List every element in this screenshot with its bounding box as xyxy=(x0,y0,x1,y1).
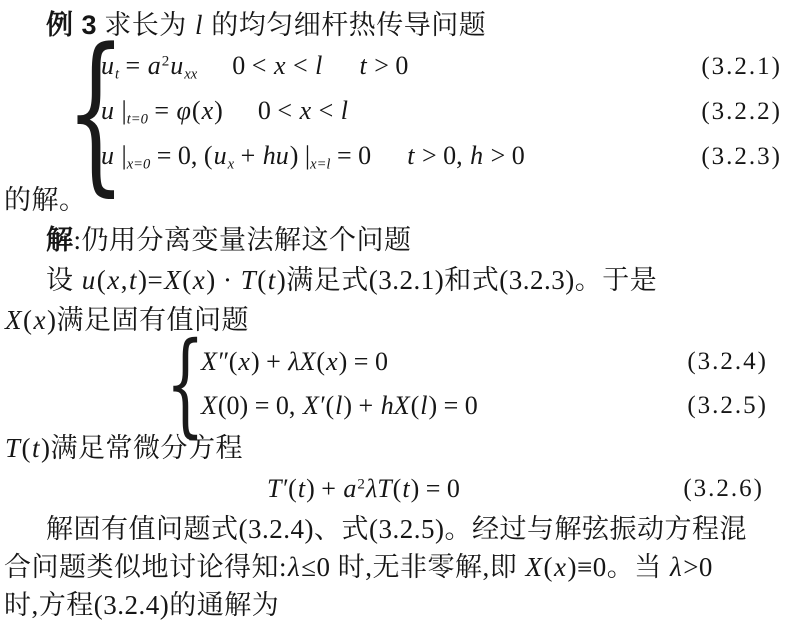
eigenvalue-system: { X″(x) + λX(x) = 0 (3.2.4) X(0) = 0, X′… xyxy=(158,340,794,428)
equation-row-326: T′(t) + a2λT(t) = 0 (3.2.6) xyxy=(0,468,794,510)
setup-line: 设 u(x,t)=X(x) · T(t)满足式(3.2.1)和式(3.2.3)。… xyxy=(0,260,794,300)
equation-row-322: u |t=0 = φ(x)0 < x < l (3.2.2) xyxy=(92,90,794,135)
eigenvalue-intro-line: X(x)满足固有值问题 xyxy=(0,300,794,340)
equation-322: u |t=0 = φ(x)0 < x < l xyxy=(92,96,349,128)
discussion-line-2: 合问题类似地讨论得知:λ≤0 时,无非零解,即 X(x)≡0。当 λ>0 xyxy=(0,548,794,586)
equation-row-325: X(0) = 0, X′(l) + hX(l) = 0 (3.2.5) xyxy=(192,384,794,428)
discussion-line-1: 解固有值问题式(3.2.4)、式(3.2.5)。经过与解弦振动方程混 xyxy=(0,510,794,548)
equation-324: X″(x) + λX(x) = 0 xyxy=(192,347,388,377)
equation-321: ut = a2uxx0 < x < lt > 0 xyxy=(92,51,408,83)
discussion-line-3: 时,方程(3.2.4)的通解为 xyxy=(0,586,794,623)
left-brace-icon: { xyxy=(66,44,85,180)
equation-325: X(0) = 0, X′(l) + hX(l) = 0 xyxy=(192,391,478,421)
pde-system: { ut = a2uxx0 < x < lt > 0 (3.2.1) u |t=… xyxy=(58,44,794,180)
pde-system-rows: ut = a2uxx0 < x < lt > 0 (3.2.1) u |t=0 … xyxy=(92,45,794,180)
equation-number-322: (3.2.2) xyxy=(701,98,794,126)
equation-323: u |x=0 = 0, (ux + hu) |x=l = 0t > 0, h >… xyxy=(92,141,525,173)
equation-number-321: (3.2.1) xyxy=(701,53,794,81)
equation-number-326: (3.2.6) xyxy=(683,475,794,503)
equation-row-321: ut = a2uxx0 < x < lt > 0 (3.2.1) xyxy=(92,45,794,90)
ode-intro-line: T(t)满足常微分方程 xyxy=(0,428,794,468)
left-brace-icon: { xyxy=(166,340,185,428)
solution-line: 解:仍用分离变量法解这个问题 xyxy=(0,220,794,260)
equation-number-323: (3.2.3) xyxy=(701,143,794,171)
equation-row-323: u |x=0 = 0, (ux + hu) |x=l = 0t > 0, h >… xyxy=(92,135,794,180)
textbook-page: 例 3 求长为 l 的均匀细杆热传导问题 { ut = a2uxx0 < x <… xyxy=(0,0,794,623)
equation-number-325: (3.2.5) xyxy=(687,392,794,420)
equation-row-324: X″(x) + λX(x) = 0 (3.2.4) xyxy=(192,340,794,384)
equation-number-324: (3.2.4) xyxy=(687,348,794,376)
equation-326: T′(t) + a2λT(t) = 0 xyxy=(0,474,460,504)
eigenvalue-system-rows: X″(x) + λX(x) = 0 (3.2.4) X(0) = 0, X′(l… xyxy=(192,340,794,428)
